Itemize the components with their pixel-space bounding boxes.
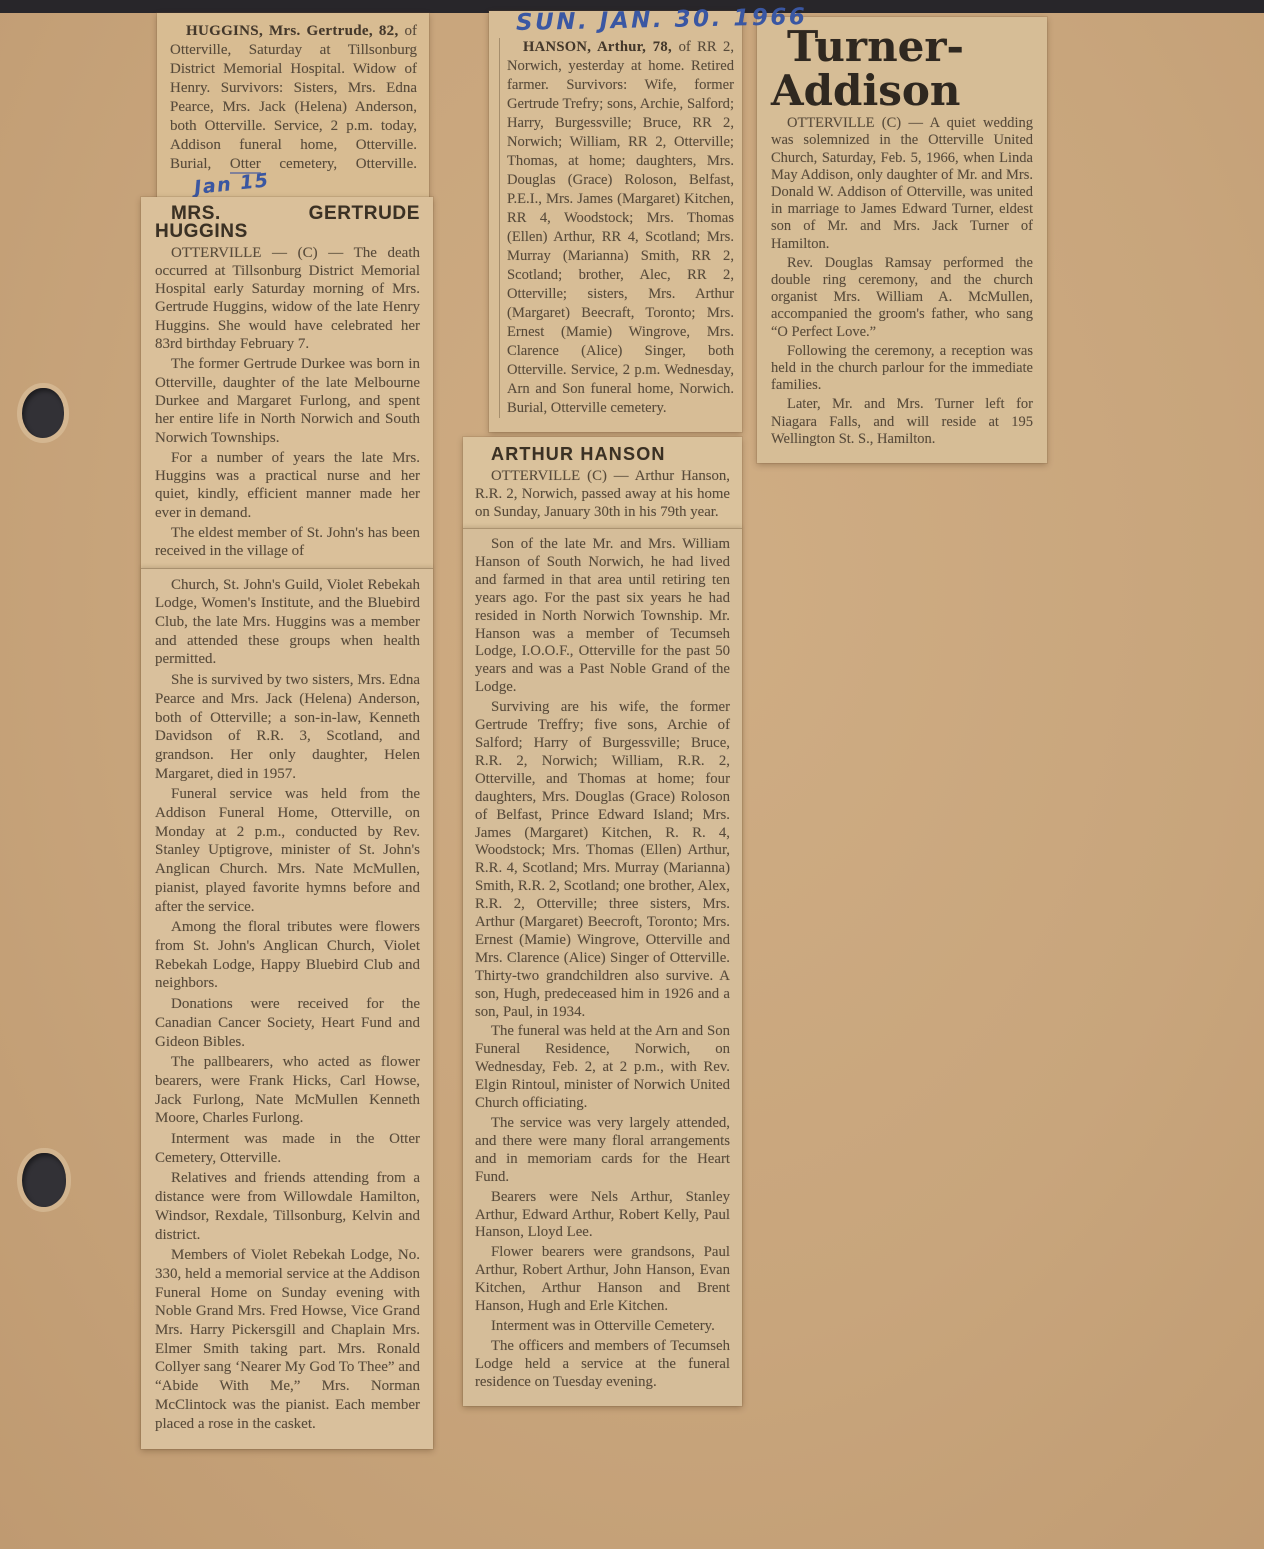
obit-paragraph: Interment was in Otterville Cemetery. [475, 1318, 730, 1336]
huggins-obituary-headline: MRS. GERTRUDE HUGGINS [155, 205, 420, 242]
wedding-paragraph: Later, Mr. and Mrs. Turner left for Niag… [771, 396, 1033, 448]
notice-body: of Otterville, Saturday at Tillsonburg D… [170, 23, 417, 172]
obit-paragraph: Bearers were Nels Arthur, Stanley Arthur… [475, 1189, 730, 1243]
notice-body-end: cemetery, Otterville. [261, 156, 417, 172]
obit-paragraph: The service was very largely attended, a… [475, 1115, 730, 1187]
hanson-obituary-headline: ARTHUR HANSON [475, 445, 730, 463]
handwritten-note-jan15: Jan 15 [177, 171, 270, 199]
obit-paragraph: OTTERVILLE — (C) — The death occurred at… [155, 244, 420, 354]
punch-hole-top [22, 388, 64, 438]
obit-paragraph: Relatives and friends attending from a d… [155, 1169, 420, 1244]
notice-lead-name: HUGGINS, Mrs. Gertrude, 82, [186, 23, 405, 39]
obit-paragraph: She is survived by two sisters, Mrs. Edn… [155, 671, 420, 783]
turner-addison-headline: Turner-Addison [771, 25, 1033, 113]
clipping-huggins-obituary: MRS. GERTRUDE HUGGINS OTTERVILLE — (C) —… [141, 197, 433, 1449]
notice-paragraph: HANSON, Arthur, 78, of RR 2, Norwich, ye… [507, 38, 734, 418]
obit-paragraph: Interment was made in the Otter Cemetery… [155, 1130, 420, 1167]
huggins-obituary-top-piece: MRS. GERTRUDE HUGGINS OTTERVILLE — (C) —… [141, 197, 433, 568]
clipping-turner-addison-wedding: Turner-Addison OTTERVILLE (C) — A quiet … [757, 17, 1047, 463]
obit-paragraph: The pallbearers, who acted as flower bea… [155, 1053, 420, 1128]
obit-paragraph: Members of Violet Rebekah Lodge, No. 330… [155, 1246, 420, 1433]
wedding-paragraph: OTTERVILLE (C) — A quiet wedding was sol… [771, 115, 1033, 253]
obit-paragraph: Surviving are his wife, the former Gertr… [475, 699, 730, 1021]
obit-paragraph: Among the floral tributes were flowers f… [155, 918, 420, 993]
hanson-notice-column: HANSON, Arthur, 78, of RR 2, Norwich, ye… [499, 38, 734, 418]
hanson-obituary-bottom-piece: Son of the late Mr. and Mrs. William Han… [463, 528, 742, 1406]
obit-paragraph: Flower bearers were grandsons, Paul Arth… [475, 1244, 730, 1316]
obit-paragraph: The eldest member of St. John's has been… [155, 524, 420, 561]
clipping-arthur-hanson-obituary: ARTHUR HANSON OTTERVILLE (C) — Arthur Ha… [463, 437, 742, 1406]
obit-paragraph: Donations were received for the Canadian… [155, 995, 420, 1051]
notice-lead-name: HANSON, Arthur, 78, [523, 39, 679, 55]
obit-paragraph: For a number of years the late Mrs. Hugg… [155, 449, 420, 522]
obit-paragraph: Church, St. John's Guild, Violet Rebekah… [155, 576, 420, 670]
huggins-obituary-bottom-piece: Church, St. John's Guild, Violet Rebekah… [141, 568, 433, 1450]
scrapbook-page: HUGGINS, Mrs. Gertrude, 82, of Ottervill… [0, 0, 1264, 1549]
obit-paragraph: OTTERVILLE (C) — Arthur Hanson, R.R. 2, … [475, 467, 730, 521]
obit-paragraph: Son of the late Mr. and Mrs. William Han… [475, 536, 730, 697]
clipping-huggins-death-notice: HUGGINS, Mrs. Gertrude, 82, of Ottervill… [157, 13, 429, 207]
obit-paragraph: The officers and members of Tecumseh Lod… [475, 1338, 730, 1392]
punch-hole-bottom [22, 1153, 66, 1207]
notice-paragraph: HUGGINS, Mrs. Gertrude, 82, of Ottervill… [170, 22, 417, 195]
obit-paragraph: The funeral was held at the Arn and Son … [475, 1023, 730, 1113]
obit-paragraph: Funeral service was held from the Addiso… [155, 785, 420, 916]
hanson-obituary-top-piece: ARTHUR HANSON OTTERVILLE (C) — Arthur Ha… [463, 437, 742, 528]
notice-body: of RR 2, Norwich, yesterday at home. Ret… [507, 39, 734, 416]
obit-paragraph: The former Gertrude Durkee was born in O… [155, 355, 420, 446]
wedding-paragraph: Following the ceremony, a reception was … [771, 343, 1033, 395]
wedding-paragraph: Rev. Douglas Ramsay performed the double… [771, 255, 1033, 341]
clipping-hanson-death-notice: HANSON, Arthur, 78, of RR 2, Norwich, ye… [489, 11, 742, 432]
